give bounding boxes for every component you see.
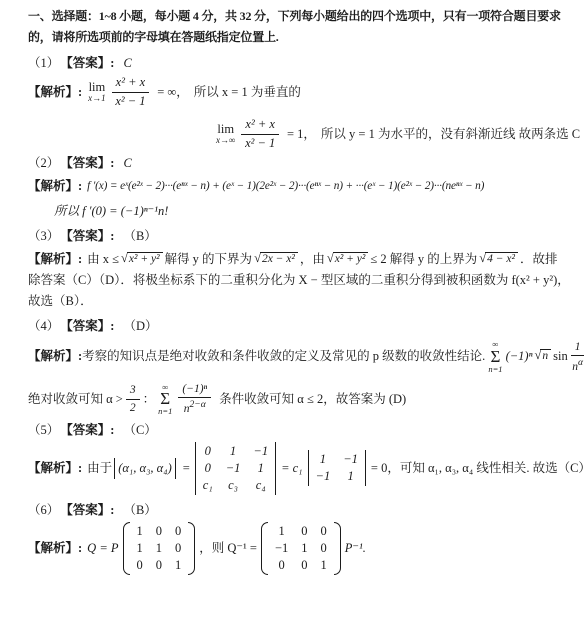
q6-lhs: Q = P: [87, 539, 118, 558]
q3-number: （3）: [28, 227, 59, 246]
q3-analysis-line-3: 故选（B）．: [28, 292, 566, 311]
sigma-symbol: Σ: [160, 391, 170, 407]
limit-operator: lim x→∞: [216, 123, 235, 146]
determinant-2x2: 1 −1 −1 1: [308, 450, 366, 486]
matrix-cell: 0: [321, 541, 327, 556]
fraction-numerator: x² + x: [112, 75, 150, 93]
q4-answer-line: （4） 【答案】: （D）: [28, 317, 566, 336]
q3-analysis-line-2: 除答案（C）（D）．将极坐标系下的二重积分化为 X − 型区域的二重积分得到被积…: [28, 271, 566, 290]
sqrt-radical: √ x² + y²: [327, 252, 369, 267]
analysis-label: 【解析】:: [28, 459, 82, 478]
det-cell: 1: [253, 461, 268, 476]
q3-text-2: 解得 y 的下界为: [165, 250, 253, 269]
det-cell: c₄: [253, 478, 268, 493]
det-cell: −1: [343, 452, 358, 467]
q1-answer-value: C: [123, 54, 131, 73]
matrix-grid: 1 0 0 −1 1 0 0 0 1: [270, 522, 332, 575]
det-cell: c₃: [226, 478, 241, 493]
exam-answer-document: 一、选择题：1~8 小题，每小题 4 分，共 32 分，下列每小题给出的四个选项…: [0, 0, 586, 575]
det-cell: 1: [226, 444, 241, 459]
fraction-numerator: 3: [126, 383, 140, 399]
fraction-denominator: 2: [126, 400, 140, 415]
det-cell: 1: [343, 469, 358, 484]
q3-answer-line: （3） 【答案】: （B）: [28, 227, 566, 246]
fraction: (−1)ⁿ n2−α: [178, 382, 211, 417]
q2-derivative-formula: f ′(x) = eˣ(e²ˣ − 2)···(eⁿˣ − n) + (eˣ −…: [87, 177, 484, 196]
matrix-grid: 1 0 0 1 1 0 0 0 1: [132, 522, 187, 575]
matrix-cell: 1: [175, 558, 181, 573]
summation-operator: ∞ Σ n=1: [488, 340, 502, 373]
fraction-denominator: n2−α: [178, 398, 211, 416]
fraction-numerator: x² + x: [241, 117, 279, 135]
radicand: 2x − x²: [260, 252, 298, 267]
fraction: x² + x x² − 1: [112, 75, 150, 109]
matrix-cell: −1: [275, 541, 288, 556]
sqrt-radical: √ 2x − x²: [254, 252, 298, 267]
q3-answer-value: （B）: [123, 227, 156, 246]
q1-answer-line: （1） 【答案】: C: [28, 54, 566, 73]
den-exponent: 2−α: [190, 399, 206, 410]
q3-text-1: 由 x ≤: [87, 250, 119, 269]
q1-analysis-text-2: 所以 y = 1 为水平的，没有斜渐近线 故两条选 C: [321, 125, 580, 144]
colon-separator: ：: [143, 390, 156, 409]
q2-analysis-line-1: 【解析】: f ′(x) = eˣ(e²ˣ − 2)···(eⁿˣ − n) +…: [28, 177, 566, 196]
q5-answer-line: （5） 【答案】: （C）: [28, 421, 566, 440]
analysis-label: 【解析】:: [28, 250, 82, 269]
fraction: 3 2: [126, 383, 140, 415]
matrix-cell: 1: [321, 558, 327, 573]
matrix-cell: 0: [301, 524, 307, 539]
section-header-line-1: 一、选择题：1~8 小题，每小题 4 分，共 32 分，下列每小题给出的四个选项…: [28, 6, 566, 27]
fraction: 1 nα: [571, 340, 585, 375]
matrix-cell: 1: [137, 541, 143, 556]
radicand: x² + y²: [127, 252, 163, 267]
fraction-denominator: x² − 1: [112, 93, 150, 110]
matrix-cell: 0: [321, 524, 327, 539]
limit-subscript: x→∞: [216, 136, 235, 145]
radicand: x² + y²: [333, 252, 369, 267]
q3-text-4: ≤ 2 解得 y 的上界为: [370, 250, 477, 269]
q5-number: （5）: [28, 421, 59, 440]
fraction-denominator: nα: [571, 356, 585, 374]
matrix-cell: 0: [275, 558, 288, 573]
q2-number: （2）: [28, 154, 59, 173]
analysis-label: 【解析】:: [28, 347, 82, 366]
right-parenthesis: [188, 522, 195, 575]
right-parenthesis: [334, 522, 341, 575]
fraction: x² + x x² − 1: [241, 117, 279, 151]
det-cell: −1: [316, 469, 331, 484]
q4-text-1: 考察的知识点是绝对收敛和条件收敛的定义及常见的 p 级数的收敛性结论.: [82, 347, 485, 366]
answer-label: 【答案】:: [60, 501, 114, 520]
coefficient-c1: = c₁: [281, 459, 302, 478]
matrix-cell: 1: [275, 524, 288, 539]
section-header-line-2: 的，请将所选项前的字母填在答题纸指定位置上.: [28, 27, 566, 48]
sqrt-radical: √ 4 − x²: [479, 252, 518, 267]
q4-answer-value: （D）: [123, 317, 157, 336]
matrix-cell: 0: [156, 524, 162, 539]
q6-answer-value: （B）: [123, 501, 156, 520]
sin-function: sin: [553, 347, 568, 366]
answer-label: 【答案】:: [60, 317, 114, 336]
q6-number: （6）: [28, 501, 59, 520]
q1-analysis-line-1: 【解析】: lim x→1 x² + x x² − 1 = ∞， 所以 x = …: [28, 75, 566, 109]
analysis-label: 【解析】:: [28, 177, 82, 196]
q4-series-term: (−1)ⁿ: [506, 347, 533, 366]
matrix-cell: 1: [301, 541, 307, 556]
fraction-denominator: x² − 1: [241, 135, 279, 152]
vector-group-abs: (α₁, α₃, α₄): [114, 458, 176, 479]
answer-label: 【答案】:: [60, 421, 114, 440]
q6-answer-line: （6） 【答案】: （B）: [28, 501, 566, 520]
q2-conclusion-formula: 所以 f ′(0) = (−1)ⁿ⁻¹n!: [54, 202, 168, 221]
matrix-cell: 0: [175, 541, 181, 556]
den-exponent: α: [578, 357, 583, 368]
limit-operator: lim x→1: [88, 81, 106, 104]
limit-word: lim: [89, 81, 106, 94]
equals-result: = 1，: [287, 125, 316, 144]
det-cell: 1: [316, 452, 331, 467]
equals-zero: = 0，: [371, 459, 400, 478]
fraction-numerator: (−1)ⁿ: [178, 382, 211, 398]
determinant-3x3: 0 1 −1 0 −1 1 c₁ c₃ c₄: [195, 442, 276, 495]
matrix-cell: 0: [137, 558, 143, 573]
answer-label: 【答案】:: [60, 227, 114, 246]
sqrt-radical: √ n: [535, 349, 552, 364]
q4-text-3: 条件收敛可知 α ≤ 2，故答案为 (D): [219, 390, 406, 409]
q1-analysis-text-1: 所以 x = 1 为垂直的: [194, 83, 301, 102]
q1-number: （1）: [28, 54, 59, 73]
matrix-cell: 0: [175, 524, 181, 539]
limit-subscript: x→1: [88, 94, 106, 103]
q4-analysis-line-2: 绝对收敛可知 α > 3 2 ： ∞ Σ n=1 (−1)ⁿ n2−α 条件收敛…: [28, 382, 566, 417]
radicand: 4 − x²: [485, 252, 518, 267]
sqrt-radical: √ x² + y²: [121, 252, 163, 267]
q5-text-1: 由于: [87, 459, 112, 478]
matrix-cell: 0: [301, 558, 307, 573]
q2-analysis-line-2: 所以 f ′(0) = (−1)ⁿ⁻¹n!: [54, 202, 566, 221]
q4-text-2: 绝对收敛可知 α >: [28, 390, 123, 409]
matrix-3x3: 1 0 0 −1 1 0 0 0 1: [261, 522, 341, 575]
matrix-cell: 1: [137, 524, 143, 539]
det-cell: −1: [253, 444, 268, 459]
q4-analysis-line-1: 【解析】: 考察的知识点是绝对收敛和条件收敛的定义及常见的 p 级数的收敛性结论…: [28, 340, 566, 375]
summation-operator: ∞ Σ n=1: [158, 383, 172, 416]
det-cell: 0: [203, 444, 213, 459]
q3-text-3: ，由: [300, 250, 325, 269]
det-cell: c₁: [203, 478, 213, 493]
q3-analysis-line-1: 【解析】: 由 x ≤ √ x² + y² 解得 y 的下界为 √ 2x − x…: [28, 250, 566, 269]
det-cell: 0: [203, 461, 213, 476]
answer-label: 【答案】:: [60, 54, 114, 73]
radicand: n: [540, 349, 551, 364]
q6-analysis-line: 【解析】: Q = P 1 0 0 1 1 0 0 0 1 ，则 Q⁻¹ = 1…: [28, 522, 566, 575]
q4-number: （4）: [28, 317, 59, 336]
q1-analysis-line-2: lim x→∞ x² + x x² − 1 = 1， 所以 y = 1 为水平的…: [210, 117, 566, 151]
sigma-symbol: Σ: [490, 349, 500, 365]
q6-mid-text: ，则 Q⁻¹ =: [199, 539, 257, 558]
answer-label: 【答案】:: [60, 154, 114, 173]
q2-answer-value: C: [123, 154, 131, 173]
equals-result: = ∞，: [157, 83, 189, 102]
equals-sign: =: [183, 459, 190, 478]
matrix-3x3: 1 0 0 1 1 0 0 0 1: [123, 522, 196, 575]
matrix-cell: 0: [156, 558, 162, 573]
q6-rhs: P⁻¹.: [345, 539, 366, 558]
fraction-numerator: 1: [571, 340, 585, 356]
q5-answer-value: （C）: [123, 421, 156, 440]
q3-text-line-2: 除答案（C）（D）．将极坐标系下的二重积分化为 X − 型区域的二重积分得到被积…: [28, 271, 570, 290]
analysis-label: 【解析】:: [28, 539, 82, 558]
q2-answer-line: （2） 【答案】: C: [28, 154, 566, 173]
sum-lower-limit: n=1: [488, 365, 502, 374]
sum-lower-limit: n=1: [158, 407, 172, 416]
left-parenthesis: [261, 522, 268, 575]
matrix-cell: 1: [156, 541, 162, 556]
q5-text-2: 可知 α₁, α₃, α₄ 线性相关. 故选（C）: [400, 459, 586, 478]
q5-analysis-line: 【解析】: 由于 (α₁, α₃, α₄) = 0 1 −1 0 −1 1 c₁…: [28, 442, 566, 495]
q3-text-line-3: 故选（B）．: [28, 292, 93, 311]
analysis-label: 【解析】:: [28, 83, 82, 102]
q3-text-5: ．故排: [520, 250, 558, 269]
det-cell: −1: [226, 461, 241, 476]
left-parenthesis: [123, 522, 130, 575]
